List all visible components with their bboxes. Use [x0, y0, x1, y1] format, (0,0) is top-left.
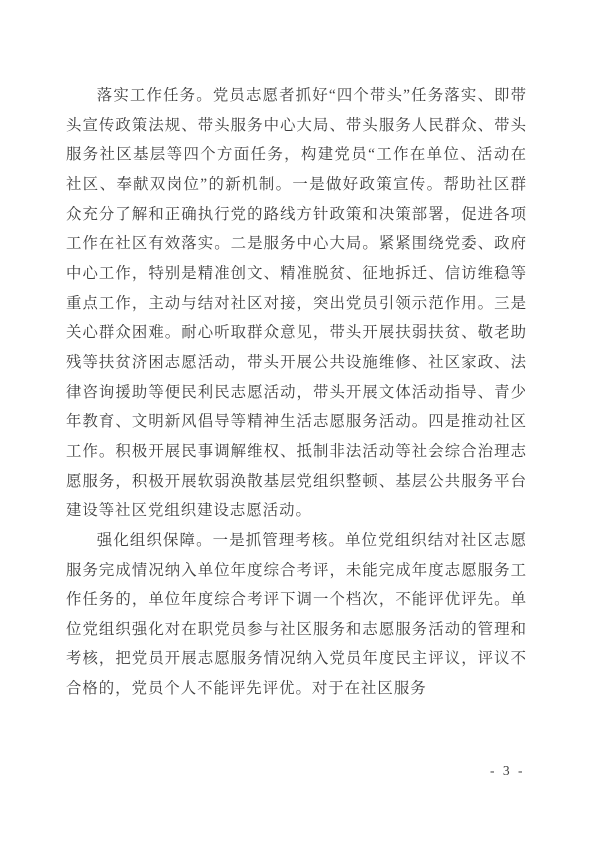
document-body: 落实工作任务。党员志愿者抓好“四个带头”任务落实、即带头宣传政策法规、带头服务中…: [66, 81, 527, 704]
document-page: 落实工作任务。党员志愿者抓好“四个带头”任务落实、即带头宣传政策法规、带头服务中…: [0, 0, 595, 842]
paragraph-organizational-support: 强化组织保障。一是抓管理考核。单位党组织结对社区志愿服务完成情况纳入单位年度综合…: [66, 526, 527, 704]
paragraph-work-tasks: 落实工作任务。党员志愿者抓好“四个带头”任务落实、即带头宣传政策法规、带头服务中…: [66, 81, 527, 526]
page-number: - 3 -: [490, 762, 525, 780]
